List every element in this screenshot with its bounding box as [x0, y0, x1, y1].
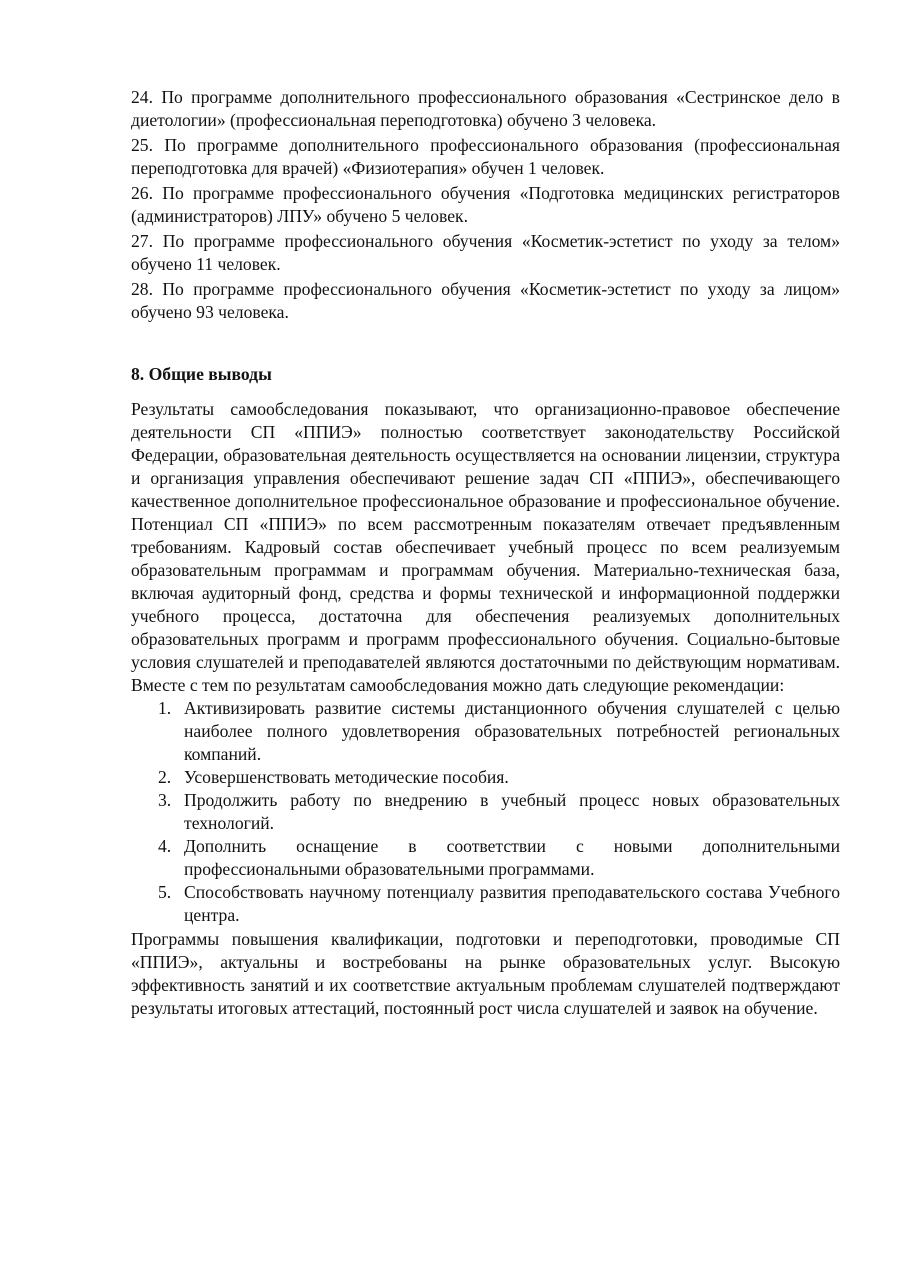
recommendation-text: Продолжить работу по внедрению в учебный… [184, 790, 840, 833]
section-heading: 8. Общие выводы [131, 363, 840, 386]
recommendation-item: 5. Способствовать научному потенциалу ра… [131, 881, 840, 927]
list-number: 5. [158, 881, 171, 904]
program-item-26: 26. По программе профессионального обуче… [131, 182, 840, 228]
recommendation-text: Дополнить оснащение в соответствии с нов… [184, 836, 840, 879]
programs-list: 24. По программе дополнительного професс… [131, 86, 840, 324]
recommendation-item: 1. Активизировать развитие системы диста… [131, 697, 840, 766]
intro-paragraph: Результаты самообследования показывают, … [131, 398, 840, 697]
conclusion-paragraph: Программы повышения квалификации, подгот… [131, 928, 840, 1020]
recommendation-text: Активизировать развитие системы дистанци… [184, 698, 840, 764]
recommendation-item: 4. Дополнить оснащение в соответствии с … [131, 835, 840, 881]
recommendation-item: 2. Усовершенствовать методические пособи… [131, 766, 840, 789]
program-item-27: 27. По программе профессионального обуче… [131, 230, 840, 276]
section-spacer [131, 326, 840, 363]
list-number: 1. [158, 697, 171, 720]
recommendation-item: 3. Продолжить работу по внедрению в учеб… [131, 789, 840, 835]
list-number: 2. [158, 766, 171, 789]
list-number: 3. [158, 789, 171, 812]
list-number: 4. [158, 835, 171, 858]
recommendations-list: 1. Активизировать развитие системы диста… [131, 697, 840, 927]
document-page: 24. По программе дополнительного професс… [131, 86, 840, 1020]
program-item-24: 24. По программе дополнительного професс… [131, 86, 840, 132]
program-item-28: 28. По программе профессионального обуче… [131, 278, 840, 324]
recommendation-text: Усовершенствовать методические пособия. [184, 767, 509, 787]
program-item-25: 25. По программе дополнительного професс… [131, 134, 840, 180]
recommendation-text: Способствовать научному потенциалу разви… [184, 882, 840, 925]
